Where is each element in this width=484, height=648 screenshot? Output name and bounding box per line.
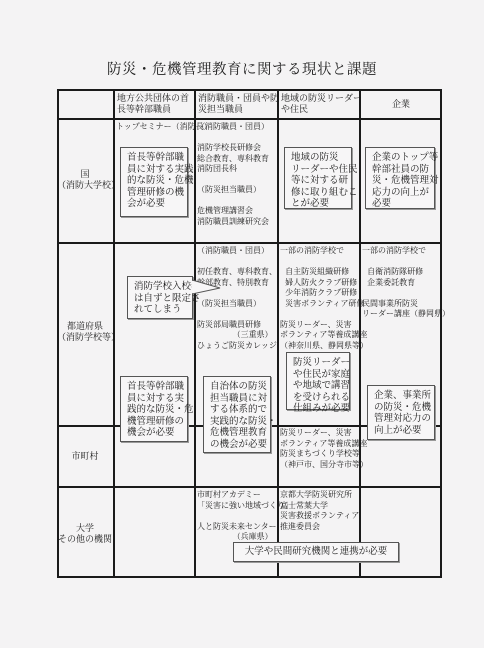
row-label-national: 国 （消防大学校） (57, 170, 113, 192)
row-label-municipality: 市町村 (57, 452, 113, 463)
page-title: 防災・危機管理教育に関する現状と課題 (0, 58, 484, 79)
issue-box-prefecture-residents: 防災リーダー や住民が家庭 や地域で講習 を受けられる 仕組みが必要 (286, 352, 350, 410)
callout-box-fire-school: 消防学校入校者 は自ずと限定さ れてしまう (127, 276, 193, 319)
cell-municipality-residents: 防災リーダー、災害 ボランティア等養成講座 防災まちづくり学校等 （神戸市、国分… (280, 428, 368, 470)
column-divider (194, 89, 196, 578)
cell-prefecture-residents: 一部の消防学校で 自主防災組織研修 婦人防火クラブ研修 少年消防クラブ研修 災害… (280, 246, 368, 351)
issue-box-national-residents: 地域の防災 リーダーや住民 等に対する研 修に取り組むこ とが必要 (284, 147, 352, 209)
header-fire-staff: 消防職員・団員や防 災担当職員 (198, 94, 279, 116)
row-divider (57, 242, 442, 244)
cell-national-fire-staff: （消防職員・団員） 消防学校長研修会 総合教育、専科教育 消防団長科 （防災担当… (197, 122, 269, 227)
issue-box-national-executives: 首長等幹部職 員に対する実践 的な防災・危機 管理研修の機 会が必要 (120, 147, 188, 217)
cell-university-residents: 京都大学防災研究所 富士常葉大学 災害救援ボランティア 推進委員会 (280, 490, 359, 532)
row-divider (57, 486, 442, 488)
callout-arrow-icon (192, 278, 222, 298)
issue-box-university: 大学や民間研究機関と連携が必要 (233, 542, 399, 562)
issue-box-prefecture-fire-staff: 自治体の防災 担当職員に対 する体系的で 実践的な防災・ 危機管理教育 の機会が… (203, 376, 271, 453)
cell-prefecture-companies: 一部の消防学校で 自衛消防隊研修 企業委託教育 民間事業所防災 リーダー講座（静… (362, 246, 450, 320)
row-divider (57, 118, 442, 120)
issue-box-prefecture-companies: 企業、事業所 の防災・危機 管理対応力の 向上が必要 (367, 385, 435, 440)
header-companies: 企業 (360, 100, 442, 111)
row-label-university: 大学 その他の機関 (57, 524, 113, 546)
issue-box-national-companies: 企業のトップ等 幹部社員の防 災・危機管理対 応力の向上が 必要 (365, 147, 435, 209)
header-residents: 地域の防災リーダー や住民 (281, 94, 362, 116)
row-label-prefecture: 都道府県 （消防学校等） (57, 322, 113, 344)
header-executives: 地方公共団体の首 長等幹部職員 (117, 94, 189, 116)
issue-box-prefecture-executives: 首長等幹部職 員に対する実 践的な防災・危 機管理研修の 機会が必要 (120, 376, 188, 442)
cell-university-fire-staff: 市町村アカデミー 「災害に強い地域づくり」 人と防災未来センター （兵庫県） (197, 490, 293, 543)
cell-prefecture-fire-staff: （消防職員・団員） 初任教育、専科教育、 幹部教育、特別教育 （防災担当職員） … (197, 246, 277, 351)
